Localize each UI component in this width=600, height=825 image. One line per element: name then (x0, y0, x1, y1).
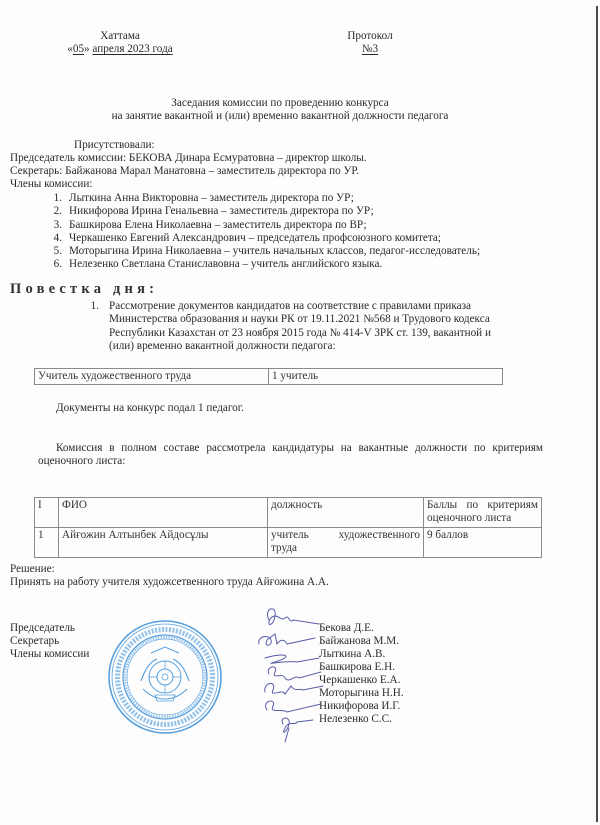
document-title: Заседания комиссии по проведению конкурс… (0, 97, 560, 124)
header-num: I (35, 498, 59, 528)
candidates-table: I ФИО должность Баллы по критериям оцено… (34, 497, 542, 558)
header-score: Баллы по критериям оценочного листа (424, 498, 542, 528)
signature-names: Бекова Д.Е. Байжанова М.М. Лыткина А.В. … (319, 622, 404, 726)
member-item: 6.Нелезенко Светлана Станиславовна – учи… (44, 258, 480, 271)
member-item: 1.Лыткина Анна Викторовна – заместитель … (44, 192, 480, 205)
commission-note: Комиссия в полном составе рассмотрела ка… (38, 442, 543, 469)
header-left-title: Хаттама (50, 30, 190, 43)
vacancy-table: Учитель художественного труда 1 учитель (34, 368, 503, 385)
header-left: Хаттама «05» апреля 2023 года (50, 30, 190, 57)
role-secretary: Секретарь (10, 635, 89, 648)
date-month-year: апреля 2023 года (92, 43, 172, 55)
table-header-row: I ФИО должность Баллы по критериям оцено… (35, 498, 542, 528)
agenda-item-number: 1. (87, 300, 99, 313)
official-stamp-icon (107, 619, 223, 735)
candidate-name: Айғожин Алтынбек Айдосұлы (59, 528, 268, 558)
candidate-score: 9 баллов (424, 528, 542, 558)
decision-label: Решение: (10, 563, 55, 576)
agenda-item-text: Рассмотрение документов кандидатов на со… (109, 300, 491, 353)
table-row: Учитель художественного труда 1 учитель (35, 369, 503, 385)
protocol-date: «05» апреля 2023 года (50, 43, 190, 56)
signatory-name: Башкирова Е.Н. (319, 661, 404, 674)
member-item: 4.Черкашенко Евгений Александрович – пре… (44, 232, 480, 245)
signatory-name: Моторыгина Н.Н. (319, 687, 404, 700)
signatory-name: Черкашенко Е.А. (319, 674, 404, 687)
members-list: 1.Лыткина Анна Викторовна – заместитель … (44, 192, 480, 272)
title-line-2: на занятие вакантной и (или) временно ва… (0, 110, 560, 123)
header-name: ФИО (59, 498, 268, 528)
member-item: 2.Никифорова Ирина Генальевна – заместит… (44, 205, 480, 218)
attendance-label: Присутствовали: (74, 139, 155, 152)
agenda-heading: Повестка дня: (10, 283, 158, 296)
header-right-title: Протокол (330, 30, 410, 43)
signatory-name: Лыткина А.В. (319, 648, 404, 661)
candidate-position: учитель художественного труда (268, 528, 424, 558)
chairman-line: Председатель комиссии: БЕКОВА Динара Есм… (10, 152, 367, 165)
signatory-name: Байжанова М.М. (319, 635, 404, 648)
documents-note: Документы на конкурс подал 1 педагог. (56, 402, 244, 415)
role-chairman: Председатель (10, 622, 89, 635)
table-row: 1 Айғожин Алтынбек Айдосұлы учитель худо… (35, 528, 542, 558)
vacancy-count: 1 учитель (269, 369, 503, 385)
signatory-name: Никифорова И.Г. (319, 700, 404, 713)
members-label: Члены комиссии: (10, 178, 92, 191)
page-edge-shadow (596, 6, 598, 822)
secretary-line: Секретарь: Байжанова Марал Манатовна – з… (10, 165, 359, 178)
signatory-name: Бекова Д.Е. (319, 622, 404, 635)
member-item: 3.Башкирова Елена Николаевна – заместите… (44, 219, 480, 232)
role-members: Члены комиссии (10, 648, 89, 661)
vacancy-position: Учитель художественного труда (35, 369, 269, 385)
date-day: 05 (73, 43, 84, 55)
candidate-num: 1 (35, 528, 59, 558)
signature-roles: Председатель Секретарь Члены комиссии (10, 622, 89, 661)
decision-text: Принять на работу учителя художсетвенног… (10, 576, 329, 589)
member-item: 5.Моторыгина Ирина Николаевна – учитель … (44, 245, 480, 258)
signatory-name: Нелезенко С.С. (319, 713, 404, 726)
header-right: Протокол №3 (330, 30, 410, 57)
header-position: должность (268, 498, 424, 528)
protocol-number: №3 (330, 43, 410, 56)
title-line-1: Заседания комиссии по проведению конкурс… (0, 97, 560, 110)
